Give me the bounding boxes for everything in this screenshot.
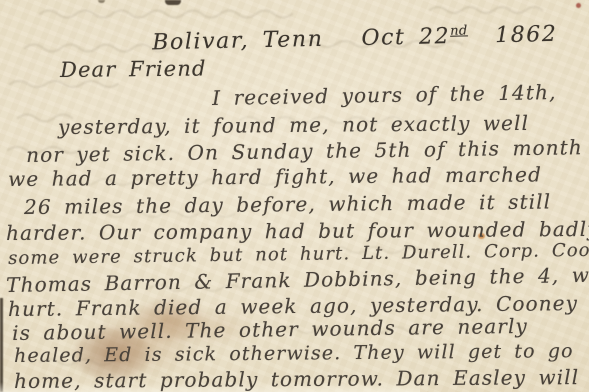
left-edge-shadow — [0, 298, 3, 392]
top-edge-mark-small — [98, 0, 105, 3]
letter-line-2: yesterday, it found me, not exactly well — [58, 113, 529, 137]
red-speck — [576, 3, 581, 8]
letter-line-4: we had a pretty hard fight, we had march… — [8, 164, 542, 189]
dateline-day: Oct 22 — [361, 24, 450, 51]
dateline-place: Bolivar, Tenn — [152, 27, 324, 56]
letter-page: Bolivar, TennOct 22nd 1862 Dear Friend I… — [0, 0, 589, 392]
letter-line-5: 26 miles the day before, which made it s… — [24, 191, 551, 217]
letter-line-10: is about well. The other wounds are near… — [12, 316, 528, 343]
letter-line-8: Thomas Barron & Frank Dobbins, being the… — [6, 264, 589, 295]
letter-line-12: home, start probably tomorrow. Dan Easle… — [14, 367, 579, 391]
letter-line-1: I received yours of the 14th, — [212, 82, 557, 108]
letter-line-6: harder. Our company had but four wounded… — [6, 219, 589, 243]
dateline-ordinal: nd — [450, 23, 468, 38]
dateline-gap — [324, 45, 362, 46]
salutation: Dear Friend — [60, 58, 207, 81]
letter-line-3: nor yet sick. On Sunday the 5th of this … — [26, 137, 583, 165]
dateline: Bolivar, TennOct 22nd 1862 — [152, 23, 558, 55]
top-edge-mark — [165, 0, 181, 5]
dateline-year: 1862 — [495, 22, 558, 48]
letter-line-11: healed, Ed is sick otherwise. They will … — [14, 342, 574, 366]
